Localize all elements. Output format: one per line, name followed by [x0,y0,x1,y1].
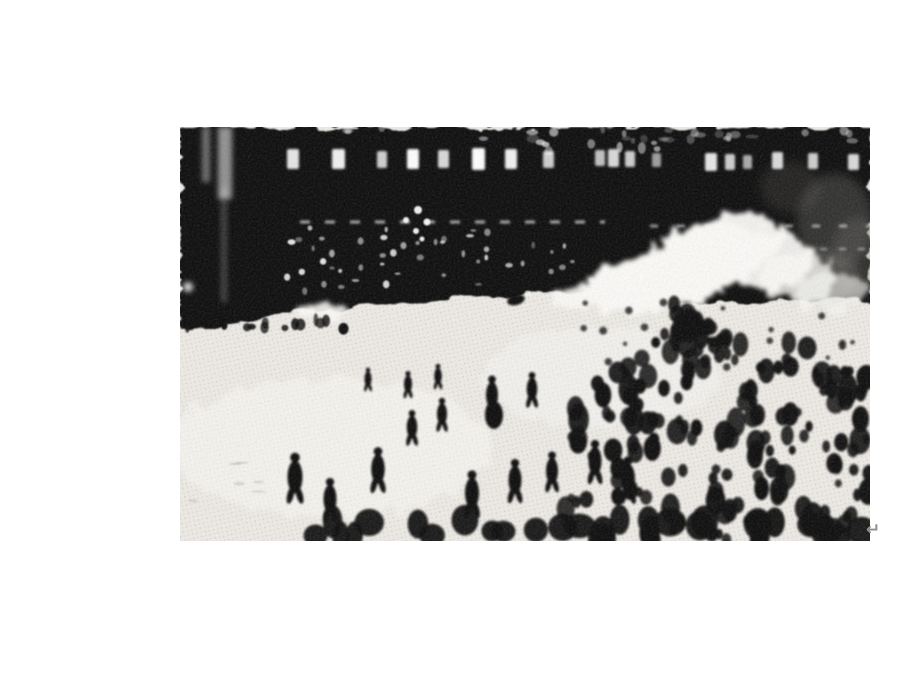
historical-photo [180,127,870,541]
slide-canvas: ↵ [0,0,920,690]
return-arrow-icon[interactable]: ↵ [863,520,883,540]
photo-grain-layer [180,127,870,541]
photo-canvas [180,127,870,541]
